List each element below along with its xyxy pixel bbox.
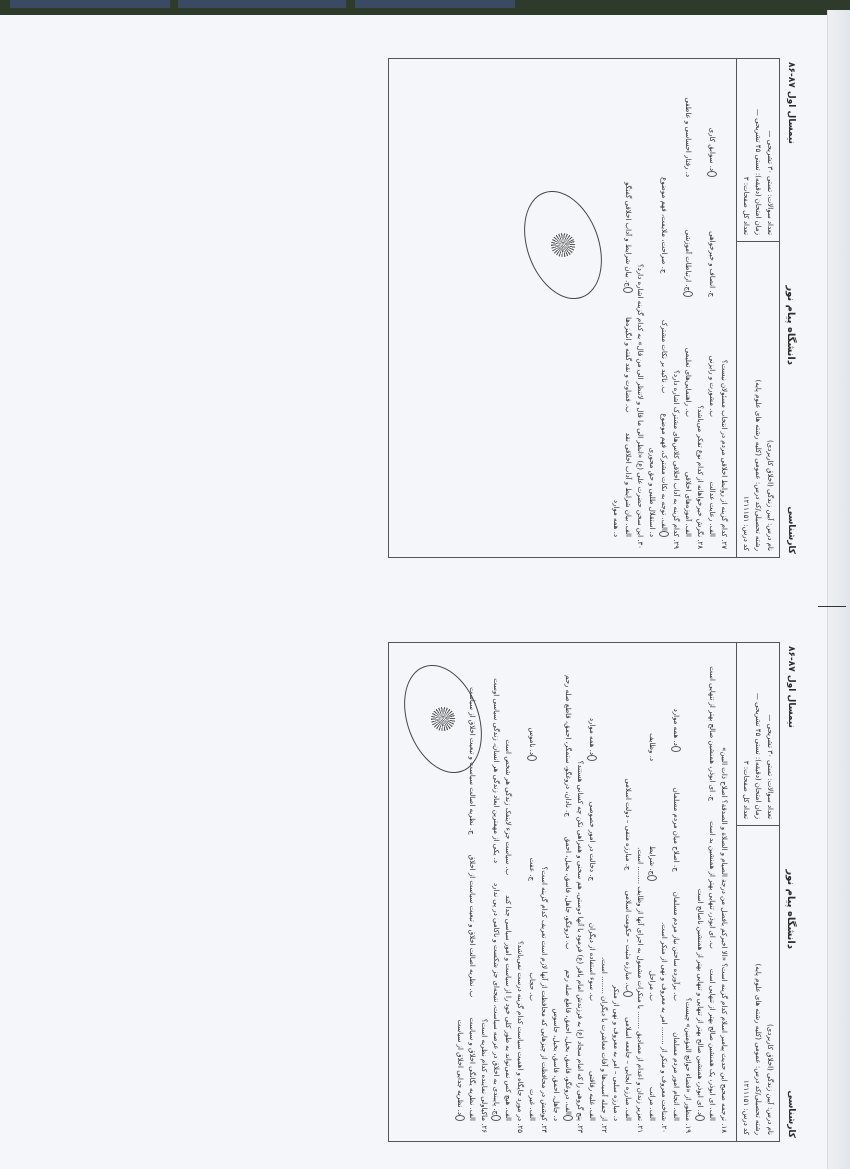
answer-circle — [563, 1115, 573, 1121]
page-header: کارشناسی دانشگاه پیام نور نیمسال اول ۸۷-… — [782, 58, 800, 558]
question-text: ۲۴. کوشش در محافظت از چیزهایی که محافظت … — [538, 651, 550, 1133]
page-header: کارشناسی دانشگاه پیام نور نیمسال اول ۸۷-… — [782, 642, 800, 1142]
exam-time: زمان امتحان (دقیقه): تستی ۴۵ تشریحی — — [752, 65, 764, 235]
answer-circle — [587, 755, 597, 761]
option: د. سوابق کاری — [706, 77, 718, 177]
question-text: ۱۹. منظور از «قضاء حوائج المؤمنین» چیست؟ — [682, 651, 694, 1133]
options: الف. ای ابوذر، یک همنشین صالح بهتر از تن… — [694, 651, 718, 1133]
option: الف. غیرت — [526, 1021, 538, 1121]
question-text: ۲۸. نگرش خیرخواهانه از کدام نوع تفکر می‌… — [694, 67, 706, 549]
question-count: تعداد سوالات: تستی ۳۰ تشریحی — — [764, 649, 776, 819]
option: د. مبارزه سلبی – امر به معروف و نهی از م… — [610, 985, 622, 1121]
option: الف. انجام امور مردم مسلمان — [670, 1021, 682, 1121]
option: ج. پایبندی به اخلاق در عرصه سیاست، نتیجه… — [490, 883, 502, 1121]
answer-circle — [695, 1115, 705, 1121]
sun-emblem-icon — [428, 704, 459, 735]
question-text: ۲۵. در مورد جایگاه و اهمیت سیاست کدام گز… — [514, 651, 526, 1133]
option: الف. دروغگو، فاسق، بخیل، احمق، قاطع صله … — [562, 969, 574, 1121]
questions-list: ۲۷. کدام گزینه از روابط اخلاقی مردم در ا… — [604, 59, 736, 557]
option: د. ای ابوذر، همنشین صالح بهتر از تنهایی … — [694, 889, 706, 1121]
scanner-strip — [178, 0, 346, 8]
option: ب. مراحل — [646, 901, 658, 1001]
options: الف. رعایت عدالتب. مشورت و رایزنیج. انصا… — [706, 67, 718, 549]
course-title: نام درس: آیین زندگی (اخلاق کاربردی) — [764, 832, 776, 1135]
question-text: ۳۰. این سخن حضرت علی (ع) «انظر الی ما قا… — [634, 67, 646, 549]
option: ب. نظریه اصالت اخلاق و تبعیت سیاست از اخ… — [466, 855, 478, 998]
option: ج. عفت — [526, 781, 538, 881]
course-info: نام درس: آیین زندگی (اخلاق کاربردی) رشته… — [737, 826, 779, 1141]
options: الف. مراتبب. مراحل ج. شرایطد. وظایف — [646, 651, 658, 1133]
question-text: ۲۷. کدام گزینه از روابط اخلاقی مردم در ا… — [718, 67, 730, 549]
dept-label: کارشناسی — [786, 506, 796, 554]
option: الف. ای ابوذر، یک همنشین صالح بهتر از تن… — [706, 969, 718, 1121]
option: ب. مبارزه مثبت – حکومت اسلامی — [622, 890, 634, 997]
option: ب. دروغگو، جاهل، فاسق، بخیل، احمق — [562, 837, 574, 950]
option: ب. راهنمایی‌های تعلیمی — [682, 317, 694, 417]
scanner-strip — [10, 0, 170, 8]
option: ج. نادان، دروغگو، ستمگر، احمق، قاطع صله … — [562, 675, 574, 817]
question: ۲۹. کدام گزینه به آداب اخلاقی کلاس‌های م… — [646, 67, 682, 549]
answer-circle — [647, 875, 657, 881]
option: ب. ای ابوذر، تنهایی بهتر از همنشین بد اس… — [706, 821, 718, 949]
option: ب. فضاوت و نقد گفته و انگیزه‌ها — [622, 313, 634, 413]
options: الف. مبارزه ایجابی – جامعه اسلامی ب. مبا… — [610, 651, 634, 1133]
exam-frame: نام درس: آیین زندگی (اخلاق کاربردی) رشته… — [388, 642, 780, 1142]
option: الف. توجه به نکات مشترک، فهم موضوع — [658, 413, 670, 537]
scanner-top-edge — [0, 0, 850, 15]
exam-stats: تعداد سوالات: تستی ۳۰ تشریحی — زمان امتح… — [737, 643, 779, 826]
question: ۲۸. نگرش خیرخواهانه از کدام نوع تفکر می‌… — [682, 67, 706, 549]
option: ج. اصلاح میان مردم مسلمان — [670, 772, 682, 872]
option: ج. ارتباطات آموزشی — [682, 197, 694, 297]
answer-circle — [659, 531, 669, 537]
question: ۱۸. ترجمه صحیح این حدیث پیامبر اسلام کدا… — [694, 651, 730, 1133]
questions-list: ۱۸. ترجمه صحیح این حدیث پیامبر اسلام کدا… — [448, 643, 736, 1141]
question: ۱۹. منظور از «قضاء حوائج المؤمنین» چیست؟… — [670, 651, 694, 1133]
option: د. همه موارد — [670, 652, 682, 752]
sun-emblem-icon — [548, 230, 579, 261]
answer-circle — [455, 1115, 465, 1121]
exam-meta: نام درس: آیین زندگی (اخلاق کاربردی) رشته… — [736, 643, 779, 1141]
option: الف. هیچ کس نمی‌تواند به طور کلی خود را … — [502, 895, 514, 1121]
option: ب. حجاب — [526, 901, 538, 1001]
option: الف. مبارزه ایجابی – جامعه اسلامی — [622, 1017, 634, 1121]
question: ۲۴. کوشش در محافظت از چیزهایی که محافظت … — [526, 651, 550, 1133]
answer-circle — [683, 291, 693, 297]
course-info: نام درس: آیین زندگی (اخلاق کاربردی) رشته… — [737, 242, 779, 557]
option: د. همه موارد — [586, 661, 598, 761]
options: الف. غلبه رفاقتیب. سوء استفاده از دیگران… — [586, 651, 598, 1133]
question: ۲۵. در مورد جایگاه و اهمیت سیاست کدام گز… — [490, 651, 526, 1133]
question: ۲۷. کدام گزینه از روابط اخلاقی مردم در ا… — [706, 67, 730, 549]
option: ج. دخالت در امور خصوصی — [586, 781, 598, 881]
option: ب. تاکید بر نکات مشترک — [658, 293, 670, 393]
option: د. استقلال طلبی و حق محوری — [646, 437, 658, 537]
question: ۳۰. این سخن حضرت علی (ع) «انظر الی ما قا… — [610, 67, 646, 549]
options: الف. توجه به نکات مشترک، فهم موضوعب. تاک… — [646, 67, 670, 549]
option: ج. بیان شرایط و آداب اخلاقی گفتگو — [622, 182, 634, 293]
options: الف. هیچ کس نمی‌تواند به طور کلی خود را … — [490, 651, 514, 1133]
question-count: تعداد سوالات: تستی ۳۰ تشریحی — — [764, 65, 776, 235]
option: الف. مراتب — [646, 1021, 658, 1121]
question-text: ۱۸. ترجمه صحیح این حدیث پیامبر اسلام کدا… — [718, 651, 730, 1133]
option: د. وظایف — [646, 661, 658, 761]
option: ج. ای ابوذر، همنشین صالح بهتر از تنهایی … — [706, 666, 718, 801]
exam-page-3: کارشناسی دانشگاه پیام نور نیمسال اول ۸۷-… — [380, 58, 800, 558]
options: الف. غیرتب. حجابج. عفت د. ناموس — [526, 651, 538, 1133]
option: ب. سیاست جزء لاینفک زندگی هر شخص است — [502, 739, 514, 875]
option: د. همه موارد — [610, 437, 622, 537]
option: ج. انصاف و خیرخواهی — [706, 197, 718, 297]
course-code: کد درس: ۱۲۱۱۱۵۱ — [740, 832, 752, 1135]
option: د. یکی از مهمترین ابعاد زندگی هر انسان، … — [490, 678, 502, 863]
answer-circle — [623, 991, 633, 997]
option: د. رفتار احساسی و عاطفی — [682, 77, 694, 177]
options: الف. انجام امور مردم مسلمانب. برآورده سا… — [670, 651, 682, 1133]
exam-time: زمان امتحان (دقیقه): تستی ۴۵ تشریحی — — [752, 649, 764, 819]
question: ۲۰. شناخت معروف و منکر از ........ امر ب… — [646, 651, 670, 1133]
answer-circle — [671, 746, 681, 752]
page-count: تعداد کل صفحات: ۳ — [740, 65, 752, 235]
option: الف. رعایت عدالت — [706, 437, 718, 537]
option: ب. برآورده ساختن نیاز مردم مسلمان — [670, 892, 682, 1001]
semester: نیمسال اول ۸۷-۸۶ — [786, 646, 796, 728]
option: ب. مشورت و رایزنی — [706, 317, 718, 417]
semester: نیمسال اول ۸۷-۸۶ — [786, 62, 796, 144]
options: الف. دروغگو، فاسق، بخیل، احمق، قاطع صله … — [550, 651, 574, 1133]
scanner-strip — [355, 0, 515, 8]
question-text: ۲۳. پنج گروهی را که امام سجاد (ع) به فرز… — [574, 651, 586, 1133]
question: ۲۱. تعزیر زندان و اعدام از مصادیق ......… — [610, 651, 646, 1133]
course-code: کد درس: ۱۲۱۱۱۵۱ — [740, 248, 752, 551]
question: ۲۳. پنج گروهی را که امام سجاد (ع) به فرز… — [550, 651, 586, 1133]
exam-frame: نام درس: آیین زندگی (اخلاق کاربردی) رشته… — [388, 58, 780, 558]
option: د. جاهل، احمق، فاسق، بخیل، جاسوس — [550, 1008, 562, 1121]
question-text: ۲۱. تعزیر زندان و اعدام از مصادیق ......… — [634, 651, 646, 1133]
options: الف. آموزه‌های اخلاقیب. راهنمایی‌های تعل… — [682, 67, 694, 549]
course-field: رشته تحصیلی/کد درس: عمومی (کلیه رشته های… — [752, 248, 764, 551]
option: ب. سوء استفاده از دیگران — [586, 901, 598, 1001]
university-name: دانشگاه پیام نور — [786, 869, 797, 949]
dept-label: کارشناسی — [786, 1090, 796, 1138]
option: الف. بیان شرایط و آداب اخلاقی نقد — [622, 433, 634, 537]
question: ۲۲. از جمله آسیب‌ها و آفات معاشرت با دیگ… — [586, 651, 610, 1133]
page-count: تعداد کل صفحات: ۳ — [740, 649, 752, 819]
paper-edge — [827, 10, 850, 1169]
option: ج. صراحت، ملایمت، فهم موضوع — [658, 173, 670, 273]
answer-circle — [623, 287, 633, 293]
option: د. نظریه جدایی اخلاق از سیاست — [454, 1019, 466, 1121]
question-text: ۲۰. شناخت معروف و منکر از ........ امر ب… — [658, 651, 670, 1133]
fold-mark — [818, 606, 846, 607]
option: الف. آموزه‌های اخلاقی — [682, 437, 694, 537]
course-title: نام درس: آیین زندگی (اخلاق کاربردی) — [764, 248, 776, 551]
option: الف. غلبه رفاقتی — [586, 1021, 598, 1121]
question-text: ۲۲. از جمله آسیب‌ها و آفات معاشرت با دیگ… — [598, 651, 610, 1133]
option: ج. شرایط — [646, 781, 658, 881]
university-name: دانشگاه پیام نور — [786, 285, 797, 365]
answer-circle — [707, 171, 717, 177]
official-stamp — [510, 180, 616, 310]
answer-circle — [527, 755, 537, 761]
exam-stats: تعداد سوالات: تستی ۳۰ تشریحی — زمان امتح… — [737, 59, 779, 242]
option: الف. نظریه یگانگی اخلاق و سیاست — [466, 1017, 478, 1121]
course-field: رشته تحصیلی/کد درس: عمومی (کلیه رشته های… — [752, 832, 764, 1135]
option: د. ناموس — [526, 661, 538, 761]
option: ج. مبارزه منفی – دولت اسلامی — [622, 770, 634, 870]
exam-meta: نام درس: آیین زندگی (اخلاق کاربردی) رشته… — [736, 59, 779, 557]
options: الف. بیان شرایط و آداب اخلاقی نقدب. فضاو… — [610, 67, 634, 549]
answer-circle — [491, 1115, 501, 1121]
exam-page-2: کارشناسی دانشگاه پیام نور نیمسال اول ۸۷-… — [380, 642, 800, 1142]
question-text: ۲۹. کدام گزینه به آداب اخلاقی کلاس‌های م… — [670, 67, 682, 549]
